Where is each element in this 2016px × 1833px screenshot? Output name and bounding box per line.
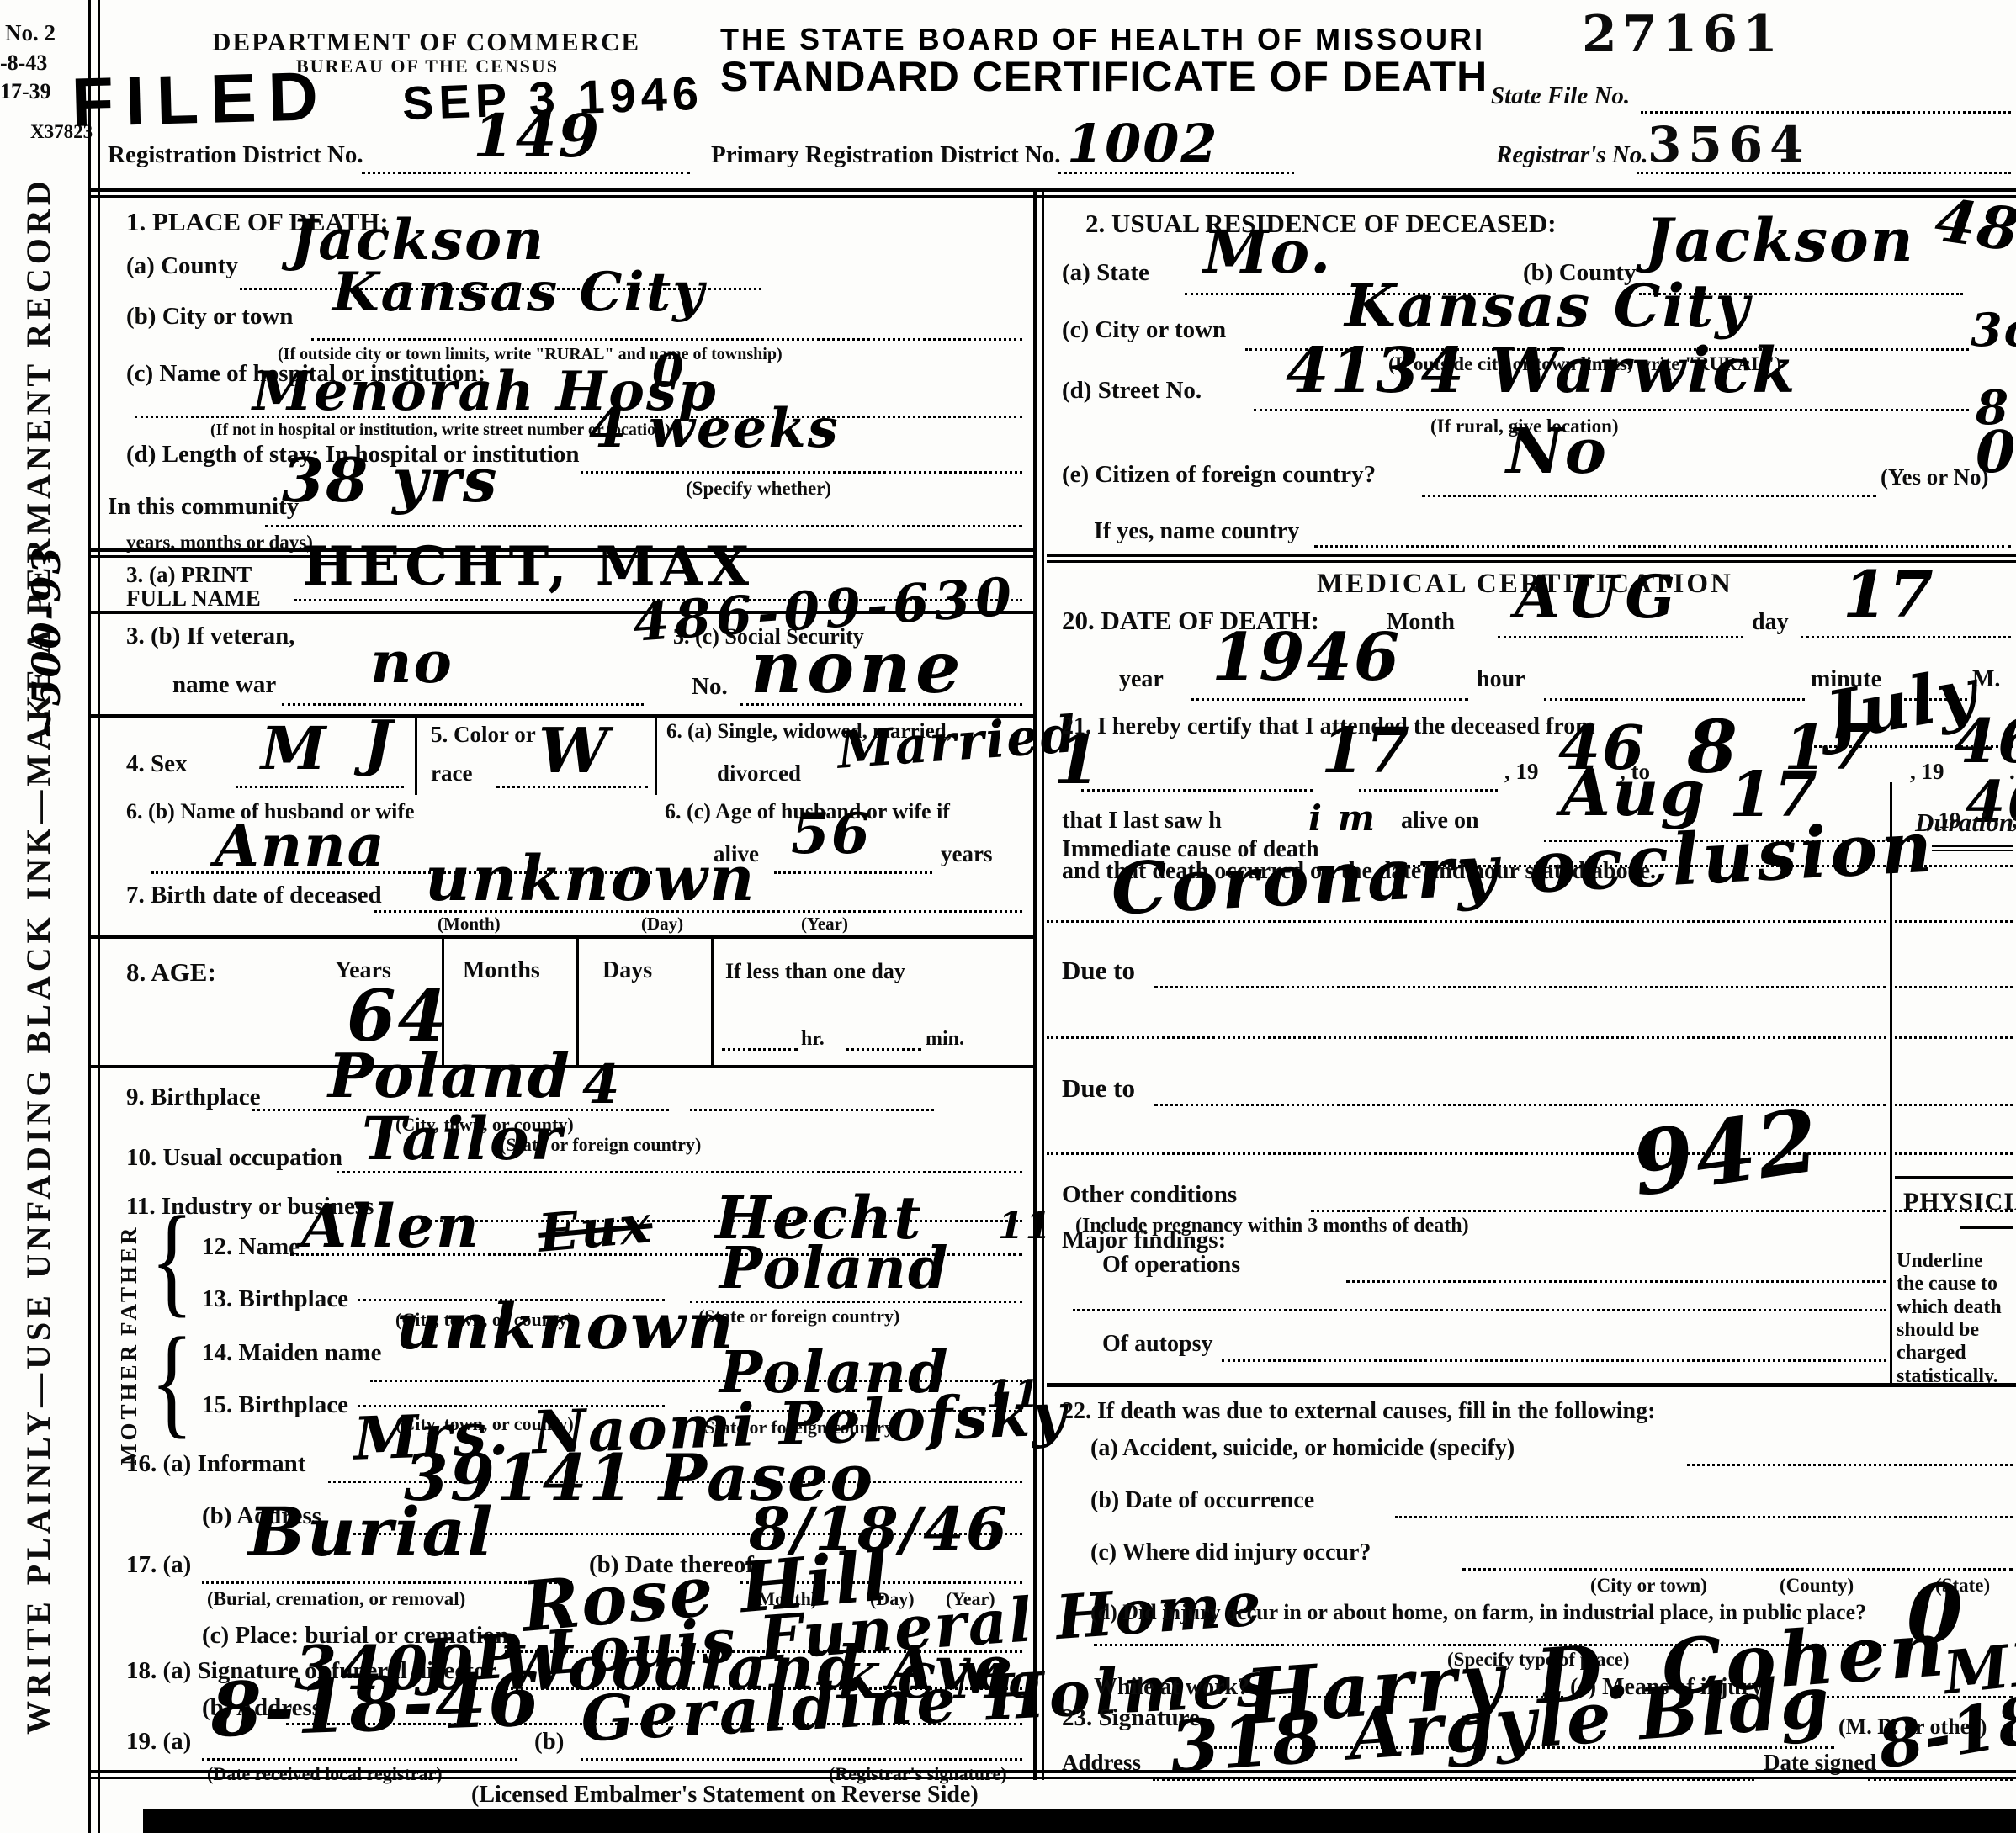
section22-heading: 22. If death was due to external causes,… xyxy=(1062,1398,1655,1425)
sidebar-rule xyxy=(1895,1176,2013,1179)
father-name-mark: 11 xyxy=(998,1205,1053,1248)
death-day-value: 17 xyxy=(1843,557,1935,632)
dotted-line xyxy=(846,1048,921,1051)
registration-district-label: Registration District No. xyxy=(108,141,363,169)
dotted-line xyxy=(722,1048,798,1051)
citizen-value: No xyxy=(1506,416,1608,488)
ssn-value: none xyxy=(751,626,966,709)
margin-vertical-instruction: WRITE PLAINLY—USE UNFADING BLACK INK—MAK… xyxy=(19,177,58,1735)
header-department: DEPARTMENT OF COMMERCE xyxy=(212,27,640,57)
sex-label: 4. Sex xyxy=(126,750,188,778)
dotted-line xyxy=(374,910,1022,913)
hr-label: hr. xyxy=(801,1028,825,1051)
print-label: 3. (a) PRINT xyxy=(126,562,252,588)
dotted-line xyxy=(282,703,644,706)
length-of-stay-value: 4 weeks xyxy=(589,397,840,460)
death-month-value: AUG xyxy=(1515,562,1682,632)
dotted-line xyxy=(311,338,1022,341)
rule xyxy=(88,935,1037,939)
dotted-line xyxy=(774,871,932,874)
attended-from-mark: 1 xyxy=(1053,720,1102,799)
month-note: (Month) xyxy=(438,914,501,935)
dotted-line xyxy=(202,1581,572,1584)
dotted-line xyxy=(1895,986,2013,988)
state-file-label: State File No. xyxy=(1491,82,1630,110)
dotted-line xyxy=(202,1758,517,1761)
major-findings-label: Major findings: xyxy=(1062,1226,1226,1254)
street-value: 4134 Warwick xyxy=(1286,335,1796,407)
other-conditions-label: Other conditions xyxy=(1062,1181,1237,1209)
community-value: 38 yrs xyxy=(282,444,499,516)
sex-scribble: J xyxy=(363,707,394,778)
dotted-line xyxy=(1422,495,1876,497)
underline xyxy=(1932,845,2013,847)
dotted-line xyxy=(1314,545,2011,548)
sex-value: M xyxy=(261,713,328,783)
mother-maiden-label: 14. Maiden name xyxy=(202,1339,381,1367)
year-note: (Year) xyxy=(801,914,848,935)
specify-whether-note: (Specify whether) xyxy=(686,478,831,500)
day-label: day xyxy=(1752,609,1789,636)
top-rule-outer xyxy=(88,188,2016,192)
margin-code-0: 0 xyxy=(1976,419,2016,486)
dotted-line xyxy=(690,1301,1022,1303)
immediate-cause-value: Coronary occlusion xyxy=(1109,804,1937,930)
age-months-header: Months xyxy=(463,957,540,984)
page-title: STANDARD CERTIFICATE OF DEATH xyxy=(720,52,1488,101)
attended-from-day: 17 xyxy=(1321,715,1411,787)
age-days-header: Days xyxy=(602,957,652,984)
spouse-age-suffix: years xyxy=(941,841,992,867)
birthdate-label: 7. Birth date of deceased xyxy=(126,882,382,909)
registrar-signature-label: (b) xyxy=(534,1728,564,1756)
spouse-age-value: 56 xyxy=(791,801,872,866)
while-at-work-label: While at work? xyxy=(1094,1674,1249,1701)
due-to-2-label: Due to xyxy=(1062,1073,1135,1104)
birthplace-value: Poland xyxy=(328,1040,571,1111)
community-label: In this community xyxy=(108,493,299,521)
dotted-line xyxy=(1222,1359,1886,1362)
dotted-line xyxy=(362,172,690,174)
yes-or-no-note: (Yes or No) xyxy=(1881,464,1988,490)
father-group-label: FATHER xyxy=(116,1224,142,1336)
dotted-line xyxy=(1895,1152,2013,1155)
dotted-line xyxy=(1895,1036,2013,1039)
top-rule-inner xyxy=(88,195,2016,198)
dotted-line xyxy=(690,1109,934,1111)
other-conditions-value: 942 xyxy=(1626,1088,1827,1216)
dotted-line xyxy=(1047,920,1886,923)
dotted-line xyxy=(496,786,648,788)
min-label: min. xyxy=(926,1028,964,1051)
dotted-line xyxy=(1544,698,1805,701)
dotted-line xyxy=(1191,698,1468,701)
mother-birthplace-label: 15. Birthplace xyxy=(202,1391,348,1419)
left-border-inner xyxy=(98,0,100,1833)
dotted-line xyxy=(1346,1280,1886,1283)
of-operations-label: Of operations xyxy=(1102,1252,1240,1279)
veteran-label: 3. (b) If veteran, xyxy=(126,622,295,650)
cell-divider xyxy=(655,714,657,795)
dotted-line xyxy=(135,416,1022,418)
ssn-no-label: No. xyxy=(692,673,728,701)
bottom-rule-inner xyxy=(88,1777,2016,1779)
residence-county-value: Jackson xyxy=(1645,205,1915,275)
occupation-value: Tailor xyxy=(362,1104,564,1173)
year-label: year xyxy=(1119,666,1164,693)
full-name-label: FULL NAME xyxy=(126,585,261,612)
registration-district-value: 149 xyxy=(473,101,601,171)
primary-district-value: 1002 xyxy=(1067,113,1219,174)
dotted-line xyxy=(1058,172,1294,174)
underline-cause-note: Underline the cause to which death shoul… xyxy=(1897,1250,2014,1388)
primary-district-label: Primary Registration District No. xyxy=(711,141,1061,169)
injury-county-note: (County) xyxy=(1780,1575,1854,1597)
street-label: (d) Street No. xyxy=(1062,377,1202,405)
dotted-line xyxy=(740,703,1022,706)
informant-label: 16. (a) Informant xyxy=(126,1450,305,1478)
dotted-line xyxy=(1073,1309,1886,1311)
father-name-label: 12. Name xyxy=(202,1233,300,1261)
received-date-label: 19. (a) xyxy=(126,1728,191,1756)
birthplace-mark: 4 xyxy=(582,1053,622,1116)
birthplace-label: 9. Birthplace xyxy=(126,1083,261,1111)
left-border-outer xyxy=(88,0,91,1833)
received-date-value: 8-18-46 xyxy=(209,1655,543,1754)
accident-label: (a) Accident, suicide, or homicide (spec… xyxy=(1090,1435,1515,1462)
name-war-label: name war xyxy=(172,671,276,699)
citizen-label: (e) Citizen of foreign country? xyxy=(1062,461,1376,489)
injury-city-note: (City or town) xyxy=(1590,1575,1707,1597)
mother-group-label: MOTHER xyxy=(116,1342,142,1465)
dotted-line xyxy=(1359,789,1498,792)
column-divider-outer xyxy=(1033,188,1037,1780)
dotted-line xyxy=(1311,1210,1886,1212)
dotted-line xyxy=(1637,172,2011,174)
last-saw-fill: i m xyxy=(1308,797,1377,839)
injury-where-label: (c) Where did injury occur? xyxy=(1090,1539,1371,1566)
dotted-line xyxy=(1254,409,1969,411)
dotted-line xyxy=(265,525,1022,527)
color-label-2: race xyxy=(431,760,472,787)
death-year-value: 1946 xyxy=(1212,619,1401,696)
physician-header: PHYSICIAN xyxy=(1903,1188,2016,1216)
attended-to-year: 46 xyxy=(1954,705,2016,776)
dotted-line xyxy=(581,1758,1022,1761)
dotted-line xyxy=(1081,789,1313,792)
dotted-line xyxy=(337,1171,1022,1173)
dotted-line xyxy=(581,471,1022,474)
last-saw-label: that I last saw h xyxy=(1062,808,1222,834)
mother-brace: { xyxy=(151,1310,194,1453)
received-date-note: (Date received local registrar) xyxy=(207,1763,443,1785)
race-value: W xyxy=(538,715,610,787)
margin-code-2: 17-39 xyxy=(0,79,51,104)
city-label: (b) City or town xyxy=(126,303,293,331)
dotted-line xyxy=(1687,1464,2013,1466)
cell-divider xyxy=(711,935,714,1065)
sidebar-dash xyxy=(1960,1226,2013,1229)
less-than-one-day-label: If less than one day xyxy=(725,959,905,984)
name-country-label: If yes, name country xyxy=(1094,518,1299,545)
printed-19-a: , 19 xyxy=(1504,759,1539,785)
disposition-value: Burial xyxy=(248,1492,495,1571)
father-name-value: Allen xyxy=(301,1191,480,1261)
printed-19-b: , 19 xyxy=(1910,759,1944,785)
residence-city-value: Kansas City xyxy=(1345,271,1751,341)
margin-form-no: No. 2 xyxy=(5,20,56,46)
dotted-line xyxy=(1498,636,1743,638)
margin-code-1: -8-43 xyxy=(0,50,47,76)
residence-state-value: Mo. xyxy=(1203,217,1332,287)
cell-divider xyxy=(576,935,579,1065)
dotted-line xyxy=(236,786,404,788)
residence-city-label: (c) City or town xyxy=(1062,316,1226,344)
spouse-name-value: Anna xyxy=(215,813,386,880)
dotted-line xyxy=(1801,636,2011,638)
due-to-1-label: Due to xyxy=(1062,956,1135,986)
dotted-line xyxy=(1895,1104,2013,1106)
of-autopsy-label: Of autopsy xyxy=(1102,1331,1212,1358)
disposition-label: 17. (a) xyxy=(126,1551,191,1579)
father-birthplace-label: 13. Birthplace xyxy=(202,1285,348,1313)
margin-scribble: ~500-93 xyxy=(24,545,69,740)
color-label-1: 5. Color or xyxy=(431,722,536,748)
death-certificate-scan: No. 2 -8-43 17-39 X37823 WRITE PLAINLY—U… xyxy=(0,0,2016,1833)
filed-stamp: FILED xyxy=(71,57,331,143)
age-label: 8. AGE: xyxy=(126,957,216,988)
column-divider-inner xyxy=(1042,188,1044,1780)
certificate-number: 27161 xyxy=(1582,5,1783,64)
embalmer-footer: (Licensed Embalmer's Statement on Revers… xyxy=(471,1782,979,1809)
underline xyxy=(1932,850,2013,851)
cell-divider xyxy=(415,714,417,795)
registrar-no-label: Registrar's No. xyxy=(1496,141,1647,169)
dotted-line xyxy=(1641,111,2011,114)
mother-maiden-value: unknown xyxy=(395,1289,735,1364)
occurrence-date-label: (b) Date of occurrence xyxy=(1090,1487,1314,1514)
father-birthplace-value: Poland xyxy=(719,1235,950,1302)
dotted-line xyxy=(1154,986,1886,988)
residence-state-label: (a) State xyxy=(1062,259,1149,287)
registrar-no-value: 3564 xyxy=(1647,116,1810,173)
bottom-scan-bar xyxy=(143,1809,2016,1833)
city-value: Kansas City xyxy=(332,261,705,324)
dotted-line xyxy=(1395,1516,2013,1518)
hour-label: hour xyxy=(1477,666,1525,693)
hospital-mark: 0 xyxy=(652,343,686,397)
day-note: (Day) xyxy=(641,914,683,935)
dotted-line xyxy=(1047,1036,1886,1039)
marital-label-2: divorced xyxy=(717,760,801,787)
rule xyxy=(1047,1383,2016,1387)
dotted-line xyxy=(1895,920,2013,923)
margin-code-48: 48 xyxy=(1931,184,2016,265)
occupation-label: 10. Usual occupation xyxy=(126,1144,342,1172)
margin-code-3c: 3c xyxy=(1971,303,2016,357)
veteran-value: no xyxy=(370,629,454,697)
disposition-note: (Burial, cremation, or removal) xyxy=(207,1588,465,1610)
bottom-rule-outer xyxy=(88,1770,2016,1773)
birthdate-value: unknown xyxy=(425,843,756,915)
county-label: (a) County xyxy=(126,252,238,280)
